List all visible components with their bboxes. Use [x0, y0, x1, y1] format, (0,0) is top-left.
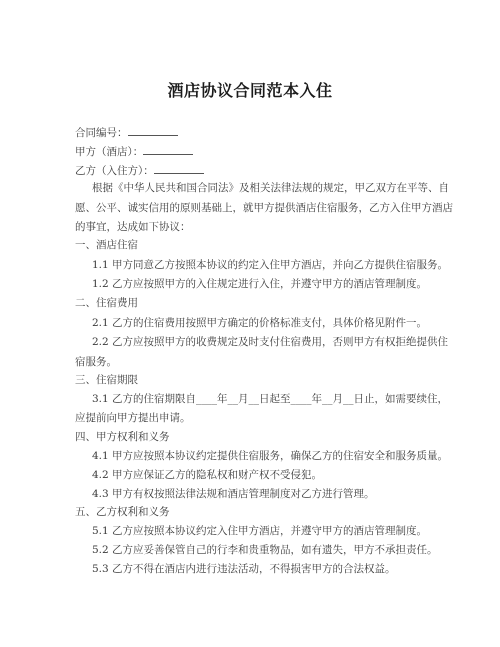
- section-heading: 一、酒店住宿: [75, 238, 138, 252]
- party-a-blank: [143, 144, 193, 155]
- clause-continuation: 宿服务。: [75, 355, 117, 369]
- clause: 2.1 乙方的住宿费用按照甲方确定的价格标准支付，具体价格见附件一。: [92, 316, 427, 330]
- party-b-blank: [154, 163, 204, 174]
- party-a-field: 甲方（酒店）：: [75, 144, 193, 159]
- preamble-line: 愿、公平、诚实信用的原则基础上，就甲方提供酒店住宿服务，乙方入住甲方酒店: [75, 201, 453, 215]
- clause-continuation: 应提前向甲方提出申请。: [75, 411, 191, 425]
- preamble-line: 根据《中华人民共和国合同法》及相关法律法规的规定，甲乙双方在平等、自: [92, 181, 449, 195]
- clause: 4.1 甲方应按照本协议约定提供住宿服务，确保乙方的住宿安全和服务质量。: [92, 449, 448, 463]
- contract-number-blank: [128, 125, 178, 136]
- clause: 5.2 乙方应妥善保管自己的行李和贵重物品，如有遗失，甲方不承担责任。: [92, 543, 438, 557]
- section-heading: 三、住宿期限: [75, 373, 138, 387]
- document-page: 酒店协议合同范本入住 合同编号： 甲方（酒店）： 乙方（入住方）： 根据《中华人…: [0, 0, 500, 647]
- document-title: 酒店协议合同范本入住: [0, 78, 500, 101]
- clause: 3.1 乙方的住宿期限自____年__月__日起至____年__月__日止，如需…: [92, 392, 448, 406]
- clause: 4.3 甲方有权按照法律法规和酒店管理制度对乙方进行管理。: [92, 487, 375, 501]
- field-label: 甲方（酒店）：: [75, 146, 143, 158]
- preamble-line: 的事宜，达成如下协议：: [75, 220, 191, 234]
- clause: 5.1 乙方应按照本协议约定入住甲方酒店，并遵守甲方的酒店管理制度。: [92, 524, 427, 538]
- field-label: 乙方（入住方）：: [75, 165, 154, 177]
- clause: 1.2 乙方应按照甲方的入住规定进行入住，并遵守甲方的酒店管理制度。: [92, 277, 427, 291]
- section-heading: 四、甲方权利和义务: [75, 430, 170, 444]
- clause: 4.2 甲方应保证乙方的隐私权和财产权不受侵犯。: [92, 468, 322, 482]
- section-heading: 五、乙方权利和义务: [75, 505, 170, 519]
- party-b-field: 乙方（入住方）：: [75, 163, 204, 178]
- clause: 1.1 甲方同意乙方按照本协议的约定入住甲方酒店，并向乙方提供住宿服务。: [92, 258, 448, 272]
- contract-number-field: 合同编号：: [75, 125, 178, 140]
- field-label: 合同编号：: [75, 127, 128, 139]
- clause: 2.2 乙方应按照甲方的收费规定及时支付住宿费用，否则甲方有权拒绝提供住: [92, 335, 448, 349]
- section-heading: 二、住宿费用: [75, 296, 138, 310]
- clause: 5.3 乙方不得在酒店内进行违法活动，不得损害甲方的合法权益。: [92, 562, 396, 576]
